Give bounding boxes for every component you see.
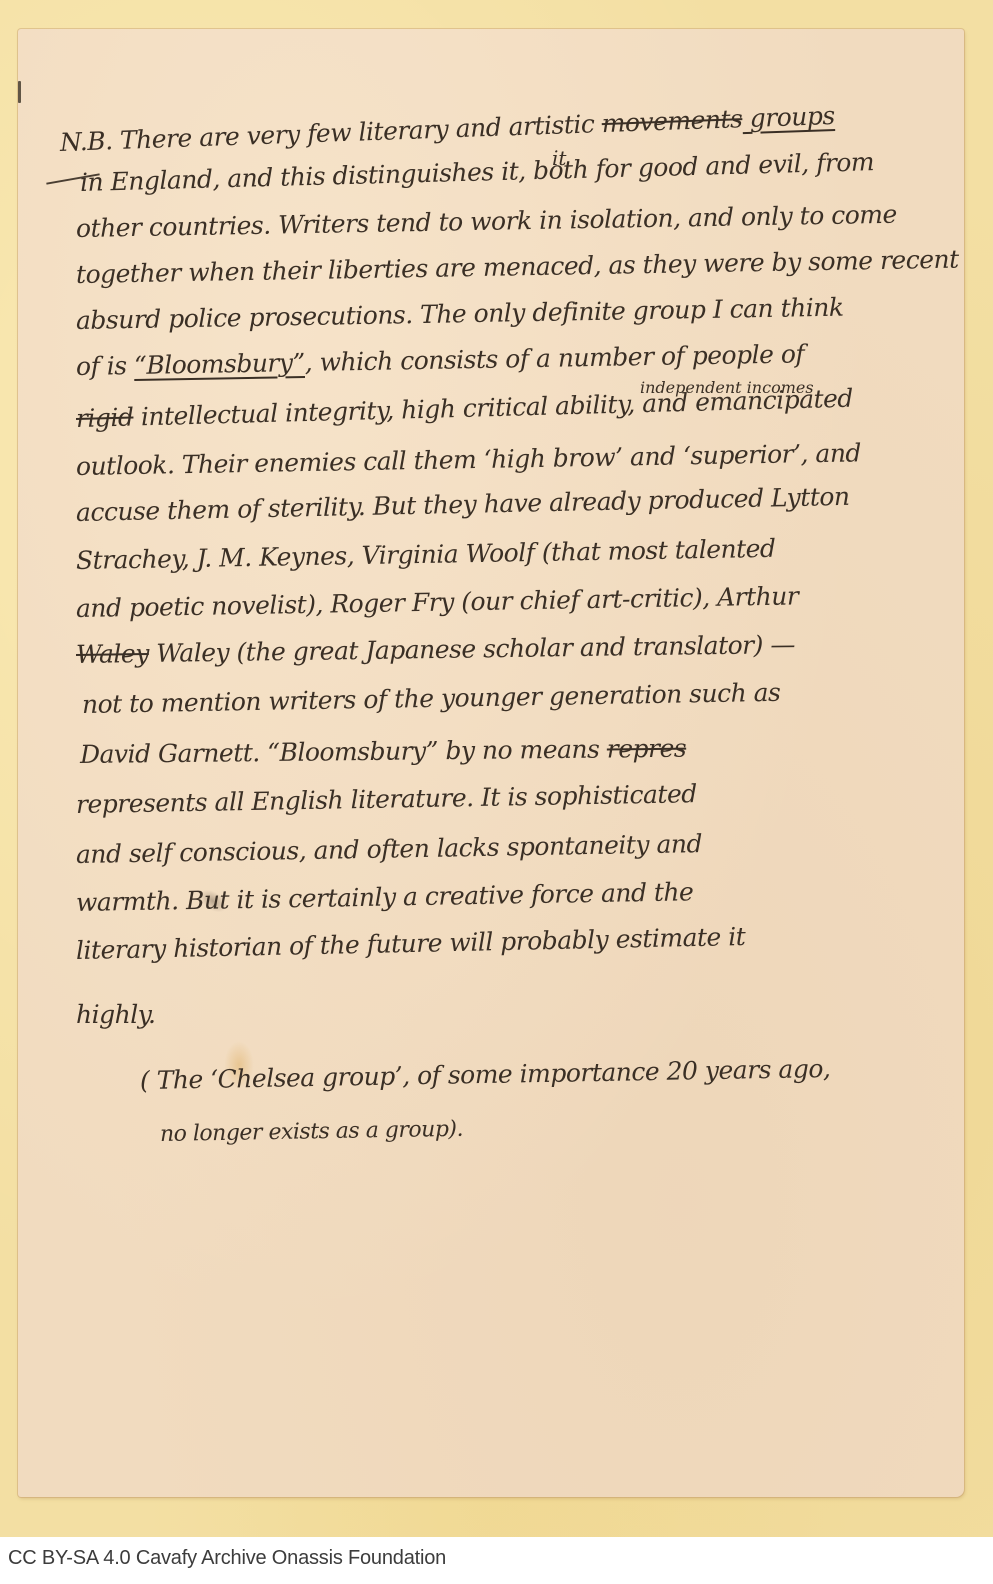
license-text: CC BY-SA 4.0 Cavafy Archive Onassis Foun… (8, 1547, 446, 1570)
struck-word: rigid (76, 403, 134, 433)
manuscript-line-19: highly. (76, 1000, 155, 1029)
bloomsbury-underlined: “Bloomsbury” (134, 348, 305, 380)
license-footer: CC BY-SA 4.0 Cavafy Archive Onassis Foun… (0, 1537, 993, 1584)
underlined-word: groups (742, 101, 835, 133)
struck-word: movements (601, 104, 743, 138)
nb-marker: N.B. (59, 126, 113, 157)
binding-mark (18, 81, 21, 103)
postscript-line-2: no longer exists as a group). (160, 1117, 463, 1147)
struck-word: repres (607, 734, 687, 764)
struck-word: Waley (76, 639, 149, 669)
